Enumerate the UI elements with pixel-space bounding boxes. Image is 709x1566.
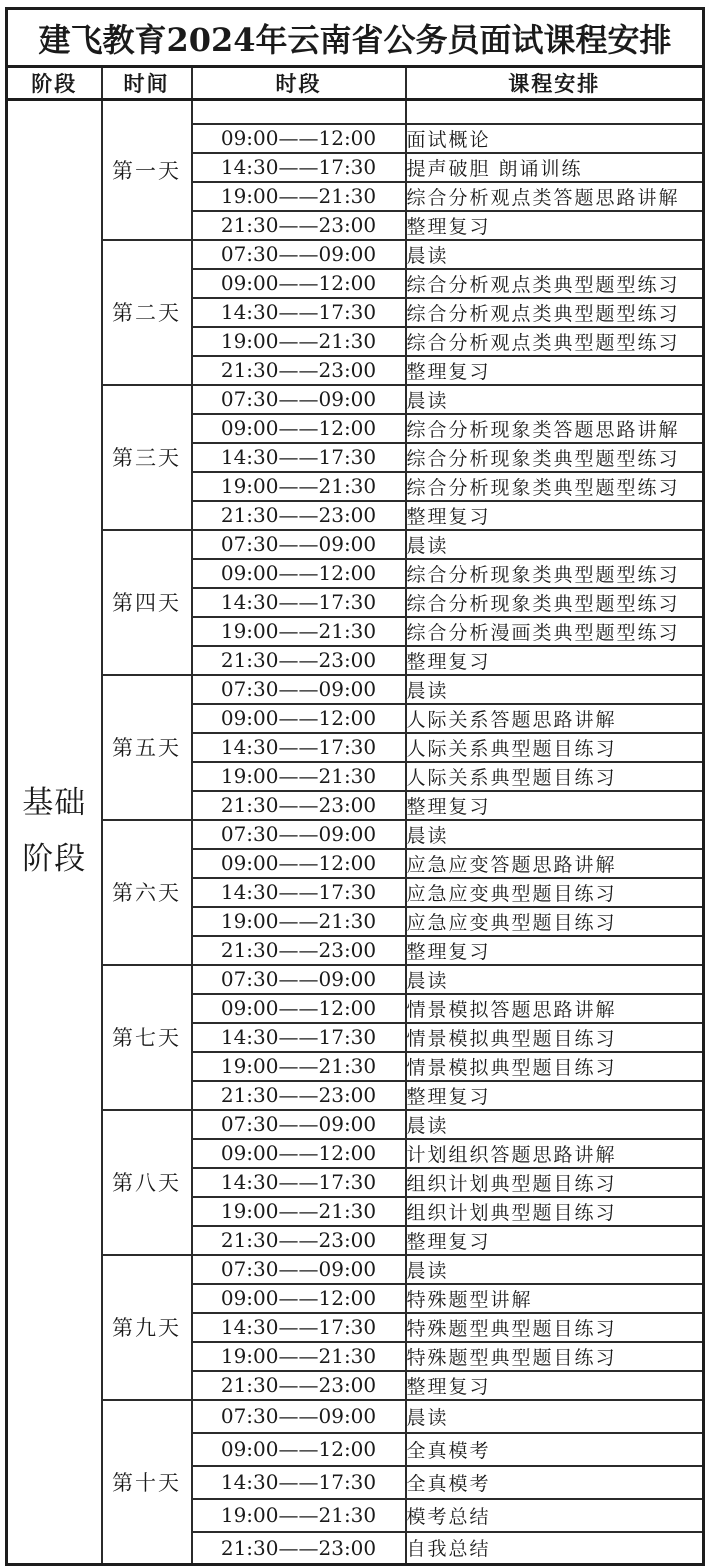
stage-cell: 基础 阶段 [7,100,102,1565]
course-cell: 整理复习 [406,211,704,240]
course-cell: 晨读 [406,385,704,414]
time-cell: 14:30——17:30 [192,1023,406,1052]
course-cell: 特殊题型典型题目练习 [406,1313,704,1342]
course-cell: 综合分析现象类答题思路讲解 [406,414,704,443]
time-cell: 14:30——17:30 [192,298,406,327]
time-cell: 09:00——12:00 [192,994,406,1023]
time-cell: 21:30——23:00 [192,1532,406,1565]
time-cell: 14:30——17:30 [192,878,406,907]
schedule-table: 建飞教育2024年云南省公务员面试课程安排 阶段 时间 时段 课程安排 基础 阶… [5,7,705,1566]
time-cell: 09:00——12:00 [192,1433,406,1466]
course-cell: 综合分析漫画类典型题型练习 [406,617,704,646]
day-cell-7: 第七天 [102,965,192,1110]
course-cell: 特殊题型讲解 [406,1284,704,1313]
time-cell: 07:30——09:00 [192,1255,406,1284]
course-cell: 整理复习 [406,646,704,675]
course-cell: 整理复习 [406,791,704,820]
course-cell: 整理复习 [406,1081,704,1110]
time-cell: 09:00——12:00 [192,269,406,298]
time-cell: 07:30——09:00 [192,530,406,559]
time-cell: 14:30——17:30 [192,1313,406,1342]
time-cell: 19:00——21:30 [192,472,406,501]
time-cell: 19:00——21:30 [192,907,406,936]
page-title: 建飞教育2024年云南省公务员面试课程安排 [7,9,704,67]
time-cell: 21:30——23:00 [192,501,406,530]
time-cell: 21:30——23:00 [192,1081,406,1110]
course-cell: 组织计划典型题目练习 [406,1168,704,1197]
course-cell: 晨读 [406,965,704,994]
time-cell: 19:00——21:30 [192,1499,406,1532]
time-cell: 19:00——21:30 [192,1197,406,1226]
course-cell: 模考总结 [406,1499,704,1532]
time-cell: 19:00——21:30 [192,617,406,646]
day-cell-4: 第四天 [102,530,192,675]
course-cell: 情景模拟典型题目练习 [406,1023,704,1052]
time-cell: 07:30——09:00 [192,240,406,269]
day-cell-3: 第三天 [102,385,192,530]
time-cell: 14:30——17:30 [192,1466,406,1499]
time-cell: 19:00——21:30 [192,762,406,791]
time-cell: 09:00——12:00 [192,1139,406,1168]
day-cell-6: 第六天 [102,820,192,965]
time-cell: 07:30——09:00 [192,675,406,704]
time-cell: 21:30——23:00 [192,936,406,965]
course-cell: 综合分析观点类答题思路讲解 [406,182,704,211]
course-cell: 晨读 [406,820,704,849]
course-cell: 提声破胆 朗诵训练 [406,153,704,182]
course-cell: 情景模拟典型题目练习 [406,1052,704,1081]
time-cell: 09:00——12:00 [192,1284,406,1313]
course-cell: 组织计划典型题目练习 [406,1197,704,1226]
time-cell: 07:30——09:00 [192,1110,406,1139]
course-cell: 人际关系答题思路讲解 [406,704,704,733]
time-cell: 07:30——09:00 [192,385,406,414]
course-cell: 计划组织答题思路讲解 [406,1139,704,1168]
course-cell: 综合分析现象类典型题型练习 [406,559,704,588]
time-cell: 19:00——21:30 [192,1052,406,1081]
time-cell: 19:00——21:30 [192,1342,406,1371]
course-cell: 应急应变典型题目练习 [406,907,704,936]
time-cell: 07:30——09:00 [192,1400,406,1433]
time-cell: 21:30——23:00 [192,791,406,820]
time-cell: 14:30——17:30 [192,733,406,762]
course-cell: 晨读 [406,530,704,559]
day-cell-5: 第五天 [102,675,192,820]
header-time: 时间 [102,67,192,100]
header-course: 课程安排 [406,67,704,100]
course-cell: 综合分析现象类典型题型练习 [406,443,704,472]
course-cell: 整理复习 [406,501,704,530]
time-cell: 21:30——23:00 [192,1371,406,1400]
course-cell: 晨读 [406,675,704,704]
course-cell: 晨读 [406,240,704,269]
course-cell: 全真模考 [406,1433,704,1466]
time-cell: 09:00——12:00 [192,849,406,878]
course-cell: 综合分析观点类典型题型练习 [406,269,704,298]
time-cell: 07:30——09:00 [192,965,406,994]
course-cell: 晨读 [406,1400,704,1433]
course-cell: 人际关系典型题目练习 [406,762,704,791]
course-cell: 整理复习 [406,936,704,965]
course-cell: 自我总结 [406,1532,704,1565]
course-cell: 特殊题型典型题目练习 [406,1342,704,1371]
course-cell: 应急应变典型题目练习 [406,878,704,907]
course-cell: 晨读 [406,1255,704,1284]
course-cell: 人际关系典型题目练习 [406,733,704,762]
time-cell: 21:30——23:00 [192,646,406,675]
header-period: 时段 [192,67,406,100]
time-cell: 09:00——12:00 [192,559,406,588]
time-cell [192,100,406,124]
course-cell: 综合分析观点类典型题型练习 [406,327,704,356]
page: 建飞教育2024年云南省公务员面试课程安排 阶段 时间 时段 课程安排 基础 阶… [0,0,709,1540]
course-cell: 综合分析现象类典型题型练习 [406,472,704,501]
day-cell-1: 第一天 [102,100,192,240]
time-cell: 21:30——23:00 [192,211,406,240]
time-cell: 07:30——09:00 [192,820,406,849]
time-cell: 14:30——17:30 [192,153,406,182]
time-cell: 14:30——17:30 [192,588,406,617]
time-cell: 21:30——23:00 [192,356,406,385]
time-cell: 09:00——12:00 [192,704,406,733]
course-cell: 晨读 [406,1110,704,1139]
course-cell: 全真模考 [406,1466,704,1499]
time-cell: 19:00——21:30 [192,327,406,356]
day-cell-8: 第八天 [102,1110,192,1255]
course-cell: 综合分析观点类典型题型练习 [406,298,704,327]
course-cell [406,100,704,124]
time-cell: 19:00——21:30 [192,182,406,211]
day-cell-9: 第九天 [102,1255,192,1400]
course-cell: 面试概论 [406,124,704,153]
time-cell: 09:00——12:00 [192,124,406,153]
course-cell: 情景模拟答题思路讲解 [406,994,704,1023]
course-cell: 整理复习 [406,1371,704,1400]
time-cell: 14:30——17:30 [192,443,406,472]
time-cell: 09:00——12:00 [192,414,406,443]
header-stage: 阶段 [7,67,102,100]
course-cell: 整理复习 [406,1226,704,1255]
time-cell: 21:30——23:00 [192,1226,406,1255]
course-cell: 综合分析现象类典型题型练习 [406,588,704,617]
course-cell: 应急应变答题思路讲解 [406,849,704,878]
time-cell: 14:30——17:30 [192,1168,406,1197]
day-cell-2: 第二天 [102,240,192,385]
course-cell: 整理复习 [406,356,704,385]
